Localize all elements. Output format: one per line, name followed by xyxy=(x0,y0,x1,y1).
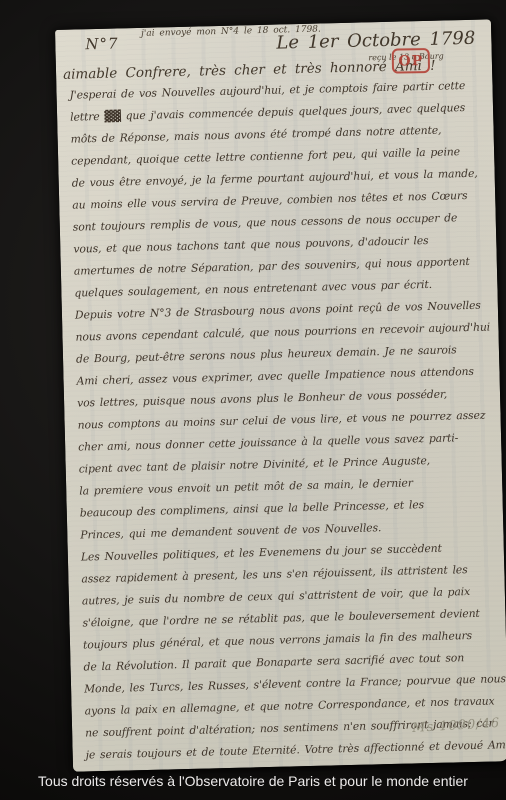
letter-paper: N°7 j'ai envoyé mon N°4 le 18 oct. 1798.… xyxy=(55,19,506,771)
observatory-op-stamp: OP xyxy=(392,48,430,74)
letter-number: N°7 xyxy=(85,34,119,53)
photo-background: N°7 j'ai envoyé mon N°4 le 18 oct. 1798.… xyxy=(0,0,506,800)
date-line: Le 1er Octobre 1798 xyxy=(276,28,475,54)
letter-lines: J'esperai de vos Nouvelles aujourd'hui, … xyxy=(69,74,505,766)
copyright-caption: Tous droits réservés à l'Observatoire de… xyxy=(0,773,506,789)
